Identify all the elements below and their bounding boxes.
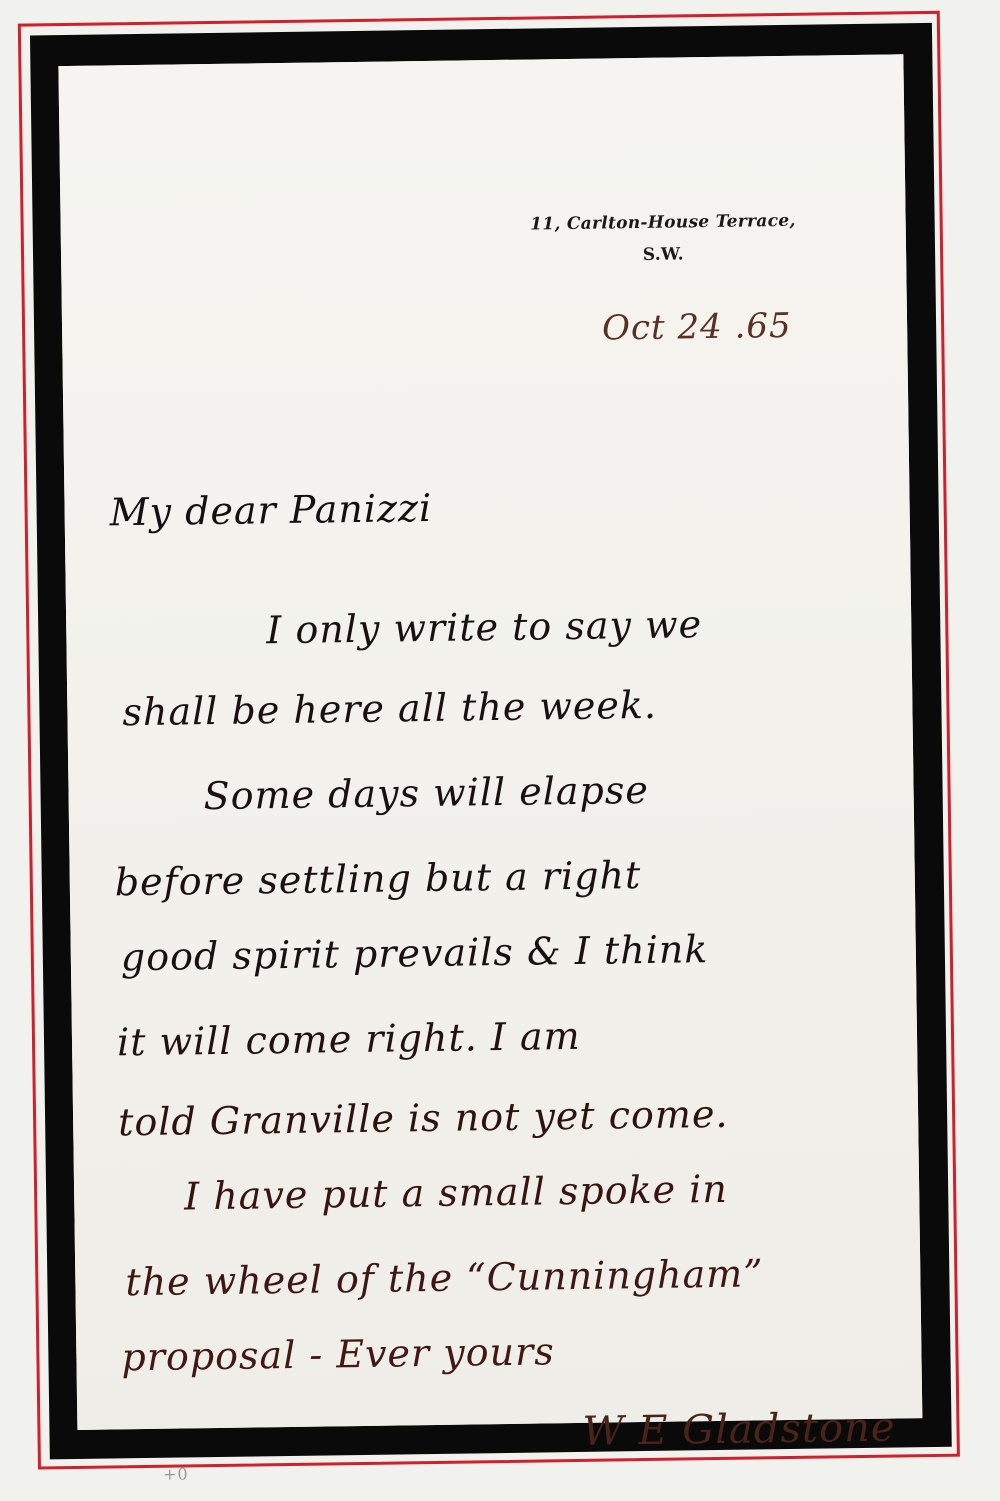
letterhead: 11, Carlton-House Terrace, S.W.: [530, 211, 796, 267]
body-line: the wheel of the “Cunningham”: [125, 1251, 764, 1304]
letterhead-district: S.W.: [530, 243, 796, 267]
salutation: My dear Panizzi: [109, 486, 432, 534]
body-line: shall be here all the week.: [122, 683, 657, 734]
body-line: good spirit prevails & I think: [121, 927, 709, 979]
body-line: proposal - Ever yours: [121, 1329, 555, 1379]
body-line: before settling but a right: [114, 853, 641, 904]
body-line: it will come right. I am: [117, 1014, 581, 1064]
body-line: told Granville is not yet come.: [118, 1092, 729, 1145]
letter-paper: 11, Carlton-House Terrace, S.W. Oct 24 .…: [58, 54, 922, 1430]
letter-date: Oct 24 .65: [602, 306, 792, 349]
body-line: I have put a small spoke in: [184, 1167, 728, 1219]
pencil-mark: +0: [163, 1464, 189, 1483]
signature: W E Gladstone: [582, 1405, 896, 1455]
body-line: Some days will elapse: [203, 768, 649, 818]
letter-frame: 11, Carlton-House Terrace, S.W. Oct 24 .…: [0, 0, 1000, 1501]
letterhead-address: 11, Carlton-House Terrace,: [530, 211, 796, 235]
body-line: I only write to say we: [266, 602, 702, 652]
